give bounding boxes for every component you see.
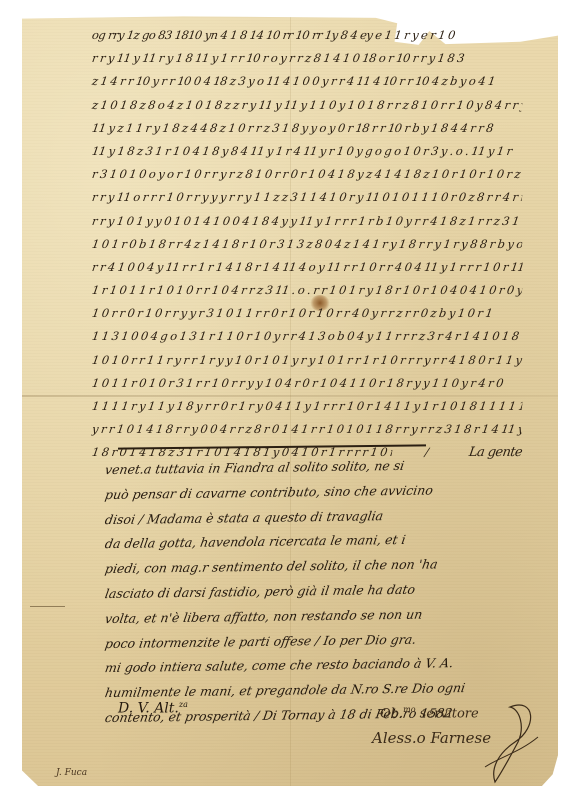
cipher-line: r r 4 1 0 0 4 y 11 r r 1 r 1 4 1 8 r 1 4… (90, 256, 523, 279)
salutation-text: D. V. Alt. (118, 701, 179, 717)
archive-annotation: J. Fuca (56, 768, 87, 778)
cipher-line: r r y 11 y 11 r y 1 8 11 y 1 r r 10 r o … (90, 47, 523, 70)
cipher-line: r r y 1 0 1 y y 0 1 0 1 4 1 0 0 4 1 8 4 … (90, 210, 523, 233)
cipher-line: og rry 1z go 83 1810 yn 4 1 8 14 10 rr 1… (90, 24, 523, 47)
cipher-line: z 1 4 r r 10 y r r 10 0 4 18 z 3 y o 11 … (90, 70, 523, 93)
closing-formula: Ob.mo servitore (380, 705, 491, 721)
cipher-line: 1 r 1 0 1 1 r 1 0 1 0 r r 1 0 4 r r z 3 … (90, 279, 523, 302)
signature-name: Aless.o Farnese (372, 729, 491, 747)
cipher-line: 1 0 1 r 0 b 1 8 r r 4 z 1 4 1 8 r 1 0 r … (90, 233, 523, 256)
cipher-line: 11 y z 1 1 r y 1 8 z 4 4 8 z 1 0 r r z 3… (90, 117, 523, 140)
salutation: D. V. Alt.za (118, 700, 188, 717)
cipher-line: 1 0 r r 0 r 1 0 r r y y r 3 1 0 1 1 r r … (90, 302, 523, 325)
letter-body: venet.a tuttavia in Fiandra al solito so… (105, 455, 545, 728)
closing-abbrev: Ob. (380, 706, 403, 721)
cipher-line: 11 y 1 8 z 3 1 r 1 0 4 1 8 y 8 4 11 y 1 … (90, 140, 523, 163)
cipher-line: 1 0 1 0 r r 1 1 r y r r 1 r y y 1 0 r 1 … (90, 349, 523, 372)
salutation-superscript: za (179, 700, 188, 709)
cipher-line: r 3 1 0 1 0 o y o r 1 0 r r y r z 8 1 0 … (90, 163, 523, 186)
edge-crease (30, 606, 65, 607)
cipher-line: z 1 0 1 8 z 8 o 4 z 1 0 1 8 z z r y 11 y… (90, 94, 523, 117)
cipher-line: y r r 1 0 1 4 1 8 r r y 0 0 4 r r z 8 r … (90, 418, 523, 441)
cipher-line: 1 1 3 1 0 0 4 g o 1 3 1 r 1 1 0 r 1 0 y … (90, 325, 523, 348)
closing-superscript: mo (403, 705, 415, 714)
closing-rest: servitore (420, 706, 479, 721)
cipher-line: r r y 11 o r r r 1 0 r r y y y r r y 1 1… (90, 186, 523, 209)
signature-block: Ob.mo servitore Aless.o Farnese (380, 705, 491, 747)
cipher-block: og rry 1z go 83 1810 yn 4 1 8 14 10 rr 1… (92, 24, 522, 465)
cipher-line: 1 0 1 1 r 0 1 0 r 3 1 r r 1 0 r r y y 1 … (90, 372, 523, 395)
signature-text: Aless.o Farnese (372, 729, 491, 747)
signature-flourish-icon (480, 697, 540, 787)
cipher-line: 1 1 1 1 r y 1 1 y 1 8 y r r 0 r 1 r y 0 … (90, 395, 523, 418)
